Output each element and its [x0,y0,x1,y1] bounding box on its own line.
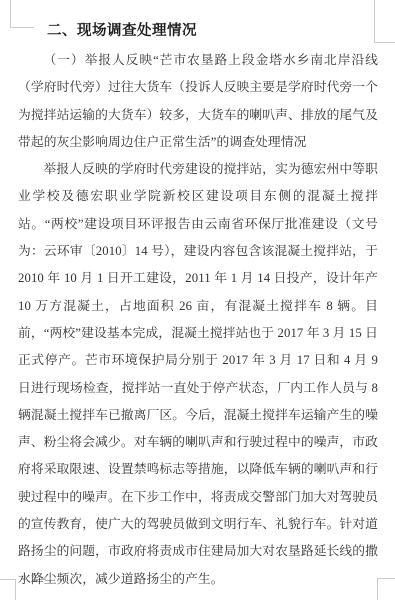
crop-mark-bottom-left [0,579,16,600]
section-heading: 二、现场调查处理情况 [18,18,378,45]
page-number: - 2 - [22,570,47,586]
crop-mark-bottom-right [377,578,395,600]
document-body: 二、现场调查处理情况 （一）举报人反映“芒市农垦路上段金塔水乡南北岸沿线（学府时… [18,18,378,593]
paragraph-complaint-summary: （一）举报人反映“芒市农垦路上段金塔水乡南北岸沿线（学府时代旁）过往大货车（投诉… [18,47,378,156]
document-page: 二、现场调查处理情况 （一）举报人反映“芒市农垦路上段金塔水乡南北岸沿线（学府时… [0,0,395,600]
paragraph-investigation-result: 举报人反映的学府时代旁建设的搅拌站，实为德宏州中等职业学校及德宏职业学院新校区建… [18,156,378,593]
